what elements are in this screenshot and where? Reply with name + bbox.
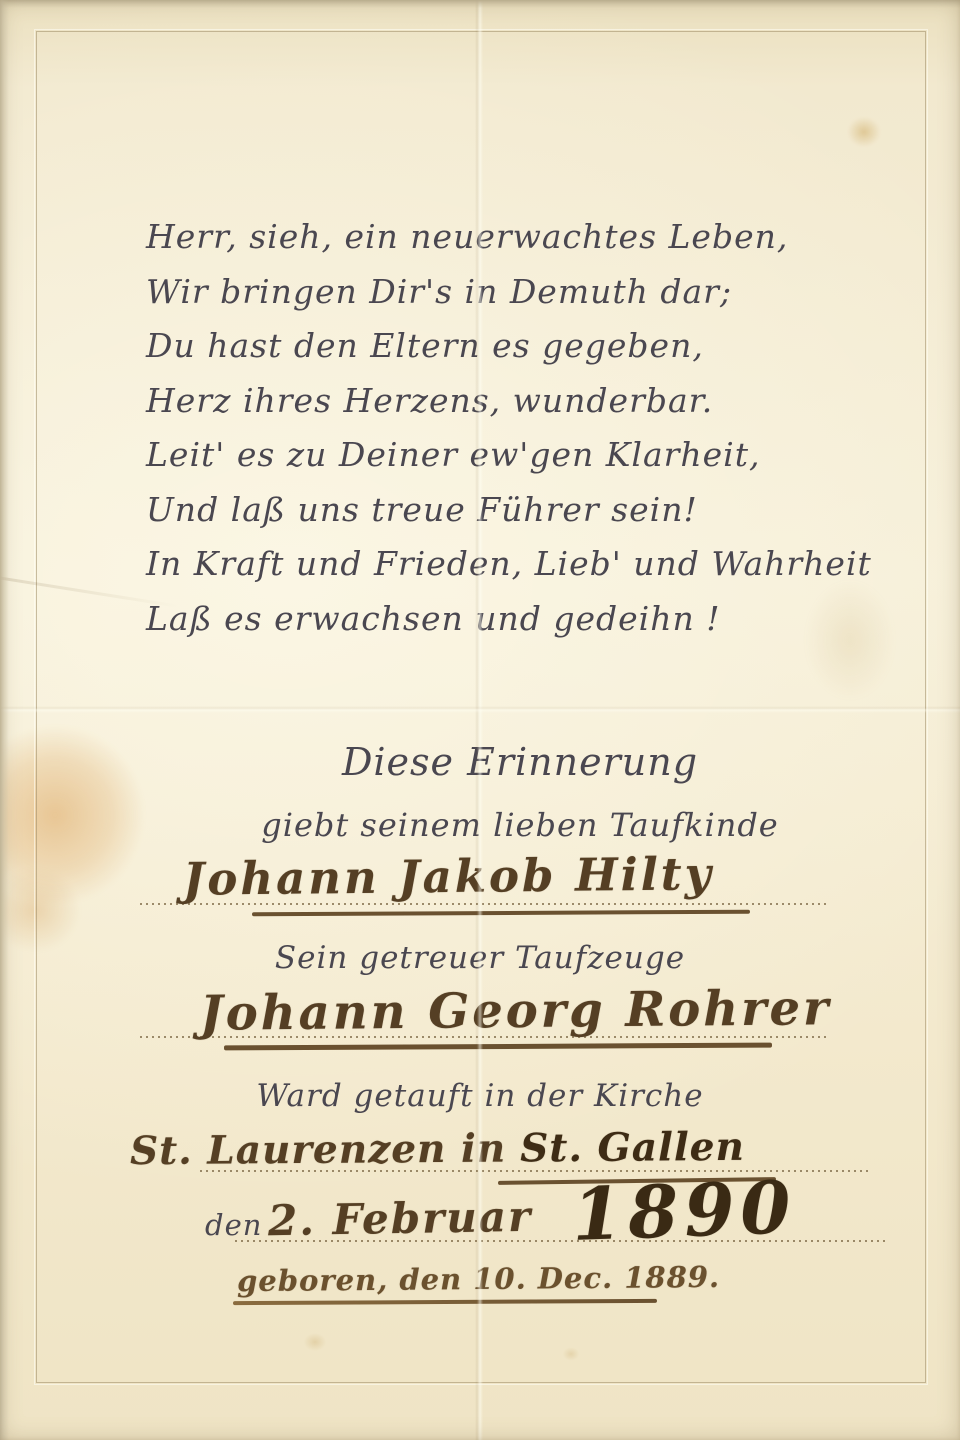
- certificate-paper: Herr, sieh, ein neuerwachtes Leben, Wir …: [0, 0, 960, 1440]
- poem-line: In Kraft und Frieden, Lieb' und Wahrheit: [146, 537, 872, 592]
- poem-line: Du hast den Eltern es gegeben,: [146, 319, 872, 374]
- baptism-date-handwritten: 2. Februar: [268, 1192, 533, 1246]
- poem-line: Laß es erwachsen und gedeihn !: [146, 592, 872, 647]
- poem-line: Leit' es zu Deiner ew'gen Klarheit,: [146, 428, 872, 483]
- godparent-label: Sein getreuer Taufzeuge: [0, 940, 960, 976]
- dedication-heading: Diese Erinnerung: [0, 740, 960, 784]
- baptism-year-handwritten: 1890: [571, 1164, 798, 1257]
- baptism-poem: Herr, sieh, ein neuerwachtes Leben, Wir …: [146, 210, 872, 646]
- godparent-name-handwritten: Johann Georg Rohrer: [200, 980, 832, 1042]
- paper-edge-top: [0, 0, 960, 8]
- poem-line: Wir bringen Dir's in Demuth dar;: [146, 265, 872, 320]
- dedication-subheading: giebt seinem lieben Taufkinde: [0, 806, 960, 844]
- birth-note-handwritten: geboren, den 10. Dec. 1889.: [237, 1260, 720, 1298]
- poem-line: Herz ihres Herzens, wunderbar.: [146, 374, 872, 429]
- church-name-part1: St. Laurenzen in: [130, 1126, 506, 1175]
- church-name-handwritten: St. Laurenzen inSt. Gallen: [130, 1124, 745, 1174]
- date-prefix-label: den: [205, 1208, 262, 1242]
- child-name-handwritten: Johann Jakob Hilty: [183, 847, 714, 906]
- baptism-label: Ward getauft in der Kirche: [0, 1078, 960, 1114]
- church-name-part2: St. Gallen: [520, 1124, 745, 1172]
- poem-line: Und laß uns treue Führer sein!: [146, 483, 872, 538]
- paper-edge-left: [0, 0, 9, 1440]
- poem-line: Herr, sieh, ein neuerwachtes Leben,: [146, 210, 872, 265]
